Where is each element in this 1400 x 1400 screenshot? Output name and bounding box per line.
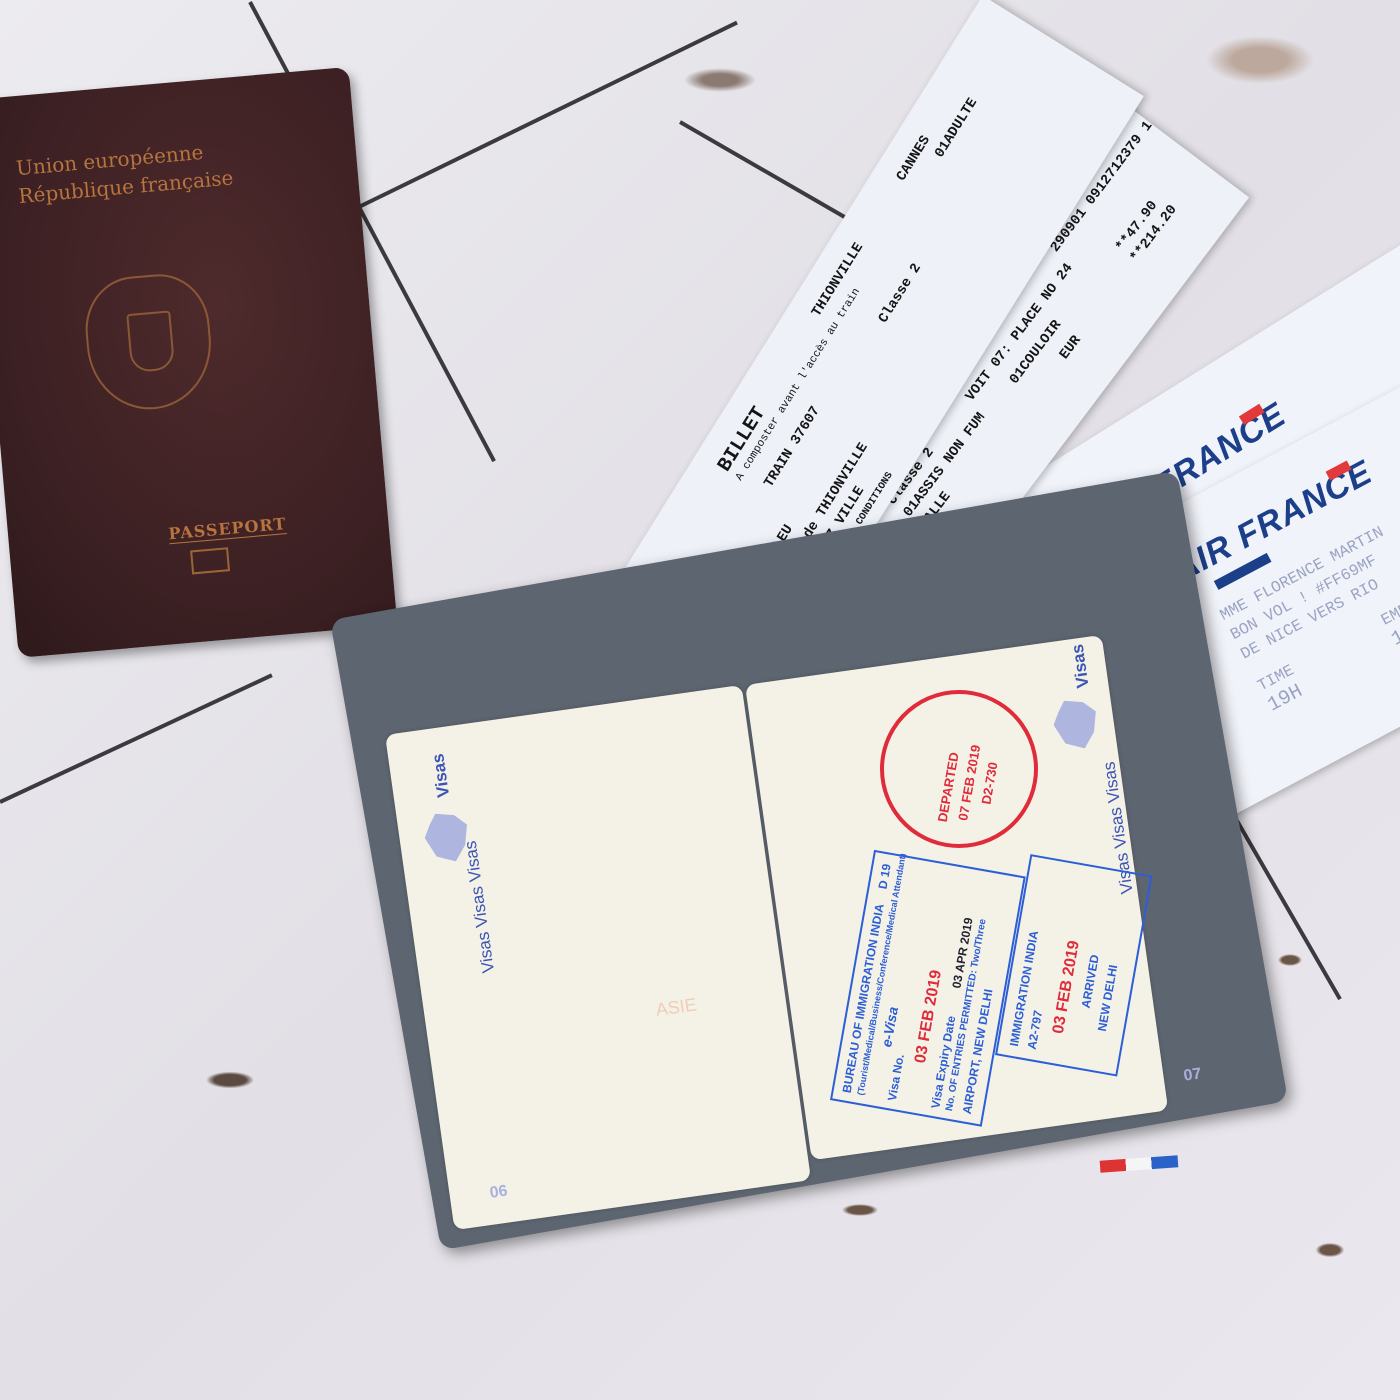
visa-no-label: Visa No. (885, 1053, 907, 1102)
asia-watermark: ASIE (655, 994, 699, 1021)
stamp-place: NEW DELHI (1095, 964, 1120, 1033)
stamp-code: A2-797 (1025, 1009, 1046, 1050)
stamp-type: e-Visa (878, 1005, 901, 1048)
tile-joint (679, 120, 854, 223)
tile-joint (0, 673, 273, 803)
page-number: 06 (489, 1182, 509, 1202)
passengers: 01ADULTE (932, 95, 981, 160)
page-number: 07 (1183, 1065, 1203, 1085)
passport-cover: Union européenne République française PA… (0, 67, 397, 658)
visas-header: Visas (1068, 643, 1094, 689)
france-map-icon (1050, 696, 1103, 752)
stamp-status: ARRIVED (1079, 954, 1102, 1010)
passport-page-left: Visas Visas Visas Visas ASIE 06 (385, 685, 811, 1230)
coat-of-arms-icon (81, 270, 216, 414)
stamp-date: 03 FEB 2019 (1050, 939, 1084, 1035)
currency: EUR (1057, 333, 1085, 363)
biometric-chip-icon (190, 547, 230, 574)
visas-header: Visas (428, 752, 454, 798)
boarding-label: EMBARQU (1378, 582, 1400, 629)
visas-repeat-text: Visas Visas Visas (461, 839, 499, 974)
passport-label: PASSEPORT (168, 514, 287, 544)
route-to: CANNES (894, 133, 934, 184)
seat-class: Classe 2 (876, 261, 925, 326)
stamp-code: D2-730 (978, 761, 1000, 806)
